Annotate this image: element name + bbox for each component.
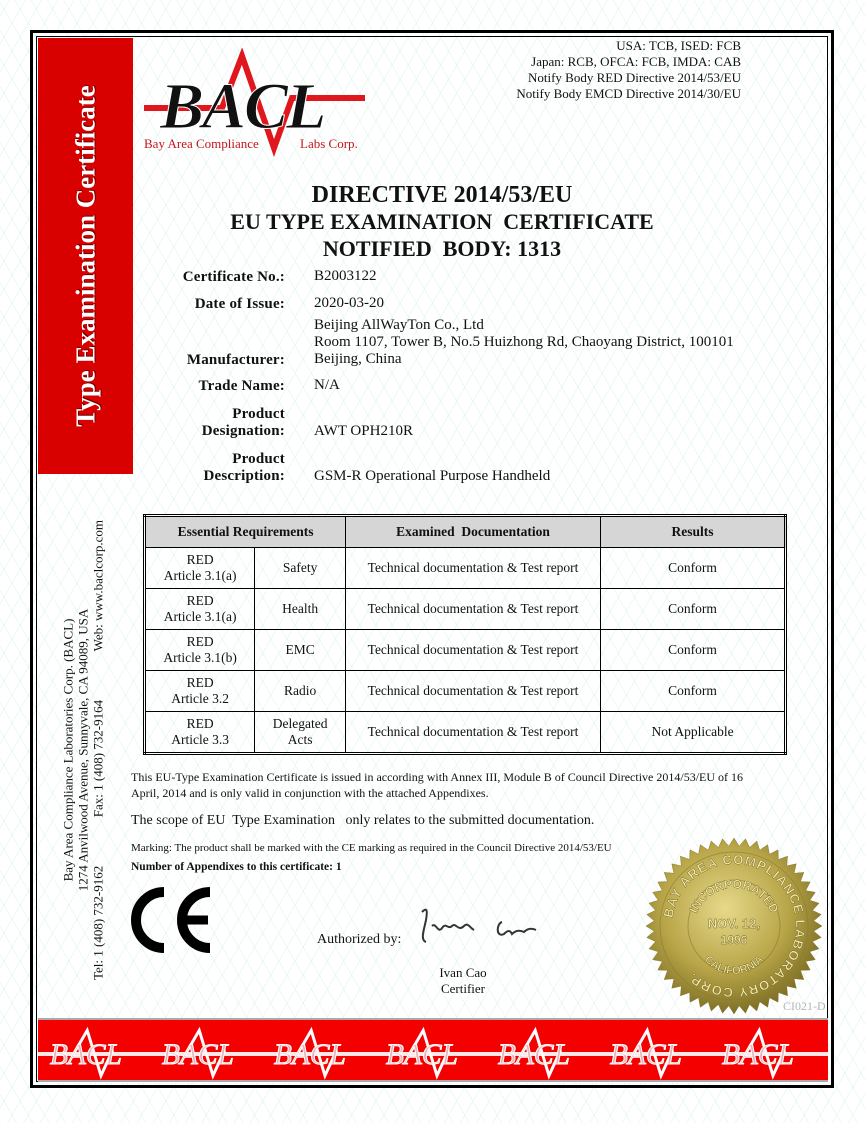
result-cell: Conform <box>601 671 786 712</box>
accreditation-line: Japan: RCB, OFCA: FCB, IMDA: CAB <box>516 54 741 70</box>
result-cell: Not Applicable <box>601 712 786 754</box>
certificate-no-label: Certificate No.: <box>183 269 285 286</box>
signer-name: Ivan Cao <box>418 965 508 981</box>
article-cell: REDArticle 3.1(a) <box>145 589 255 630</box>
svg-text:NOV. 12,: NOV. 12, <box>708 916 760 931</box>
manufacturer-city: Beijing, China <box>314 351 402 368</box>
accreditations: USA: TCB, ISED: FCB Japan: RCB, OFCA: FC… <box>516 38 741 102</box>
product-designation-value: AWT OPH210R <box>314 423 413 440</box>
form-code: CI021-D <box>783 999 826 1014</box>
certificate-title: EU TYPE EXAMINATION CERTIFICATE <box>140 209 744 235</box>
documentation-cell: Technical documentation & Test report <box>346 548 601 589</box>
aspect-cell: DelegatedActs <box>255 712 346 754</box>
aspect-cell: Health <box>255 589 346 630</box>
footer-bacl-mark-icon: BACL <box>604 1026 716 1080</box>
lab-fax: Fax: 1 (408) 732-9164 <box>91 700 106 817</box>
lab-name: Bay Area Compliance Laboratories Corp. (… <box>61 520 76 980</box>
table-row: REDArticle 3.2RadioTechnical documentati… <box>145 671 786 712</box>
documentation-cell: Technical documentation & Test report <box>346 589 601 630</box>
product-description-value: GSM-R Operational Purpose Handheld <box>314 468 550 485</box>
product-designation-label-1: Product <box>232 406 285 423</box>
table-row: REDArticle 3.1(a)HealthTechnical documen… <box>145 589 786 630</box>
article-cell: REDArticle 3.1(b) <box>145 630 255 671</box>
article-cell: REDArticle 3.3 <box>145 712 255 754</box>
ce-mark-icon <box>124 886 216 954</box>
accreditation-line: Notify Body EMCD Directive 2014/30/EU <box>516 86 741 102</box>
table-row: REDArticle 3.1(a)SafetyTechnical documen… <box>145 548 786 589</box>
appendixes-count: Number of Appendixes to this certificate… <box>131 861 342 873</box>
header-essential-requirements: Essential Requirements <box>145 516 346 548</box>
result-cell: Conform <box>601 630 786 671</box>
footer-bacl-mark-icon: BACL <box>268 1026 380 1080</box>
documentation-cell: Technical documentation & Test report <box>346 712 601 754</box>
svg-text:BACL: BACL <box>610 1039 682 1071</box>
footer-band: BACLBACLBACLBACLBACLBACLBACL <box>38 1018 828 1082</box>
gold-seal-icon: BAY AREA COMPLIANCE LABORATORY CORP. INC… <box>644 836 824 1016</box>
scope-note: The scope of EU Type Examination only re… <box>131 813 594 829</box>
footer-bacl-mark-icon: BACL <box>380 1026 492 1080</box>
side-banner: Type Examination Certificate <box>38 38 133 474</box>
header-results: Results <box>601 516 786 548</box>
table-header-row: Essential Requirements Examined Document… <box>145 516 786 548</box>
accreditation-line: Notify Body RED Directive 2014/53/EU <box>516 70 741 86</box>
manufacturer-label: Manufacturer: <box>187 352 285 369</box>
footer-bacl-mark-icon: BACL <box>492 1026 604 1080</box>
aspect-cell: Radio <box>255 671 346 712</box>
directive-title: DIRECTIVE 2014/53/EU <box>140 182 744 208</box>
svg-text:BACL: BACL <box>50 1039 122 1071</box>
svg-text:BACL: BACL <box>722 1039 794 1071</box>
notified-body-title: NOTIFIED BODY: 1313 <box>140 236 744 262</box>
manufacturer-address: Room 1107, Tower B, No.5 Huizhong Rd, Ch… <box>314 334 734 351</box>
side-banner-text: Type Examination Certificate <box>70 85 101 426</box>
svg-text:1996: 1996 <box>721 933 748 947</box>
svg-text:BACL: BACL <box>162 1039 234 1071</box>
date-of-issue-value: 2020-03-20 <box>314 295 384 312</box>
aspect-cell: Safety <box>255 548 346 589</box>
product-description-label-2: Description: <box>203 468 285 485</box>
result-cell: Conform <box>601 589 786 630</box>
date-of-issue-label: Date of Issue: <box>195 296 285 313</box>
article-cell: REDArticle 3.1(a) <box>145 548 255 589</box>
product-designation-label-2: Designation: <box>202 423 285 440</box>
trade-name-label: Trade Name: <box>199 378 285 395</box>
svg-text:BACL: BACL <box>386 1039 458 1071</box>
table-row: REDArticle 3.3DelegatedActsTechnical doc… <box>145 712 786 754</box>
documentation-cell: Technical documentation & Test report <box>346 630 601 671</box>
issuance-note: This EU-Type Examination Certificate is … <box>131 769 771 801</box>
table-row: REDArticle 3.1(b)EMCTechnical documentat… <box>145 630 786 671</box>
article-cell: REDArticle 3.2 <box>145 671 255 712</box>
documentation-cell: Technical documentation & Test report <box>346 671 601 712</box>
authorized-by-label: Authorized by: <box>317 932 401 948</box>
marking-note: Marking: The product shall be marked wit… <box>131 842 612 854</box>
lab-web[interactable]: Web: www.baclcorp.com <box>91 520 106 651</box>
svg-text:BACL: BACL <box>498 1039 570 1071</box>
product-description-label-1: Product <box>232 451 285 468</box>
accreditation-line: USA: TCB, ISED: FCB <box>516 38 741 54</box>
signature-icon <box>412 900 552 950</box>
trade-name-value: N/A <box>314 377 340 394</box>
requirements-table: Essential Requirements Examined Document… <box>143 514 787 755</box>
lab-address: 1274 Anvilwood Avenue, Sunnyvale, CA 940… <box>76 520 91 980</box>
footer-bacl-mark-icon: BACL <box>44 1026 156 1080</box>
footer-bacl-mark-icon: BACL <box>716 1026 828 1080</box>
signer-block: Ivan Cao Certifier <box>418 965 508 997</box>
lab-tel: Tel: 1 (408) 732-9162 <box>91 866 106 980</box>
certificate-titles: DIRECTIVE 2014/53/EU EU TYPE EXAMINATION… <box>140 182 744 262</box>
aspect-cell: EMC <box>255 630 346 671</box>
logo-subtitle-left: Bay Area Compliance <box>144 136 259 152</box>
svg-text:BACL: BACL <box>159 70 324 143</box>
logo-subtitle-right: Labs Corp. <box>300 136 358 152</box>
signer-title: Certifier <box>418 981 508 997</box>
footer-bacl-mark-icon: BACL <box>156 1026 268 1080</box>
header-examined-documentation: Examined Documentation <box>346 516 601 548</box>
result-cell: Conform <box>601 548 786 589</box>
certificate-no-value: B2003122 <box>314 268 377 285</box>
manufacturer-name: Beijing AllWayTon Co., Ltd <box>314 317 484 334</box>
svg-text:BACL: BACL <box>274 1039 346 1071</box>
side-address-block: Bay Area Compliance Laboratories Corp. (… <box>48 520 118 980</box>
